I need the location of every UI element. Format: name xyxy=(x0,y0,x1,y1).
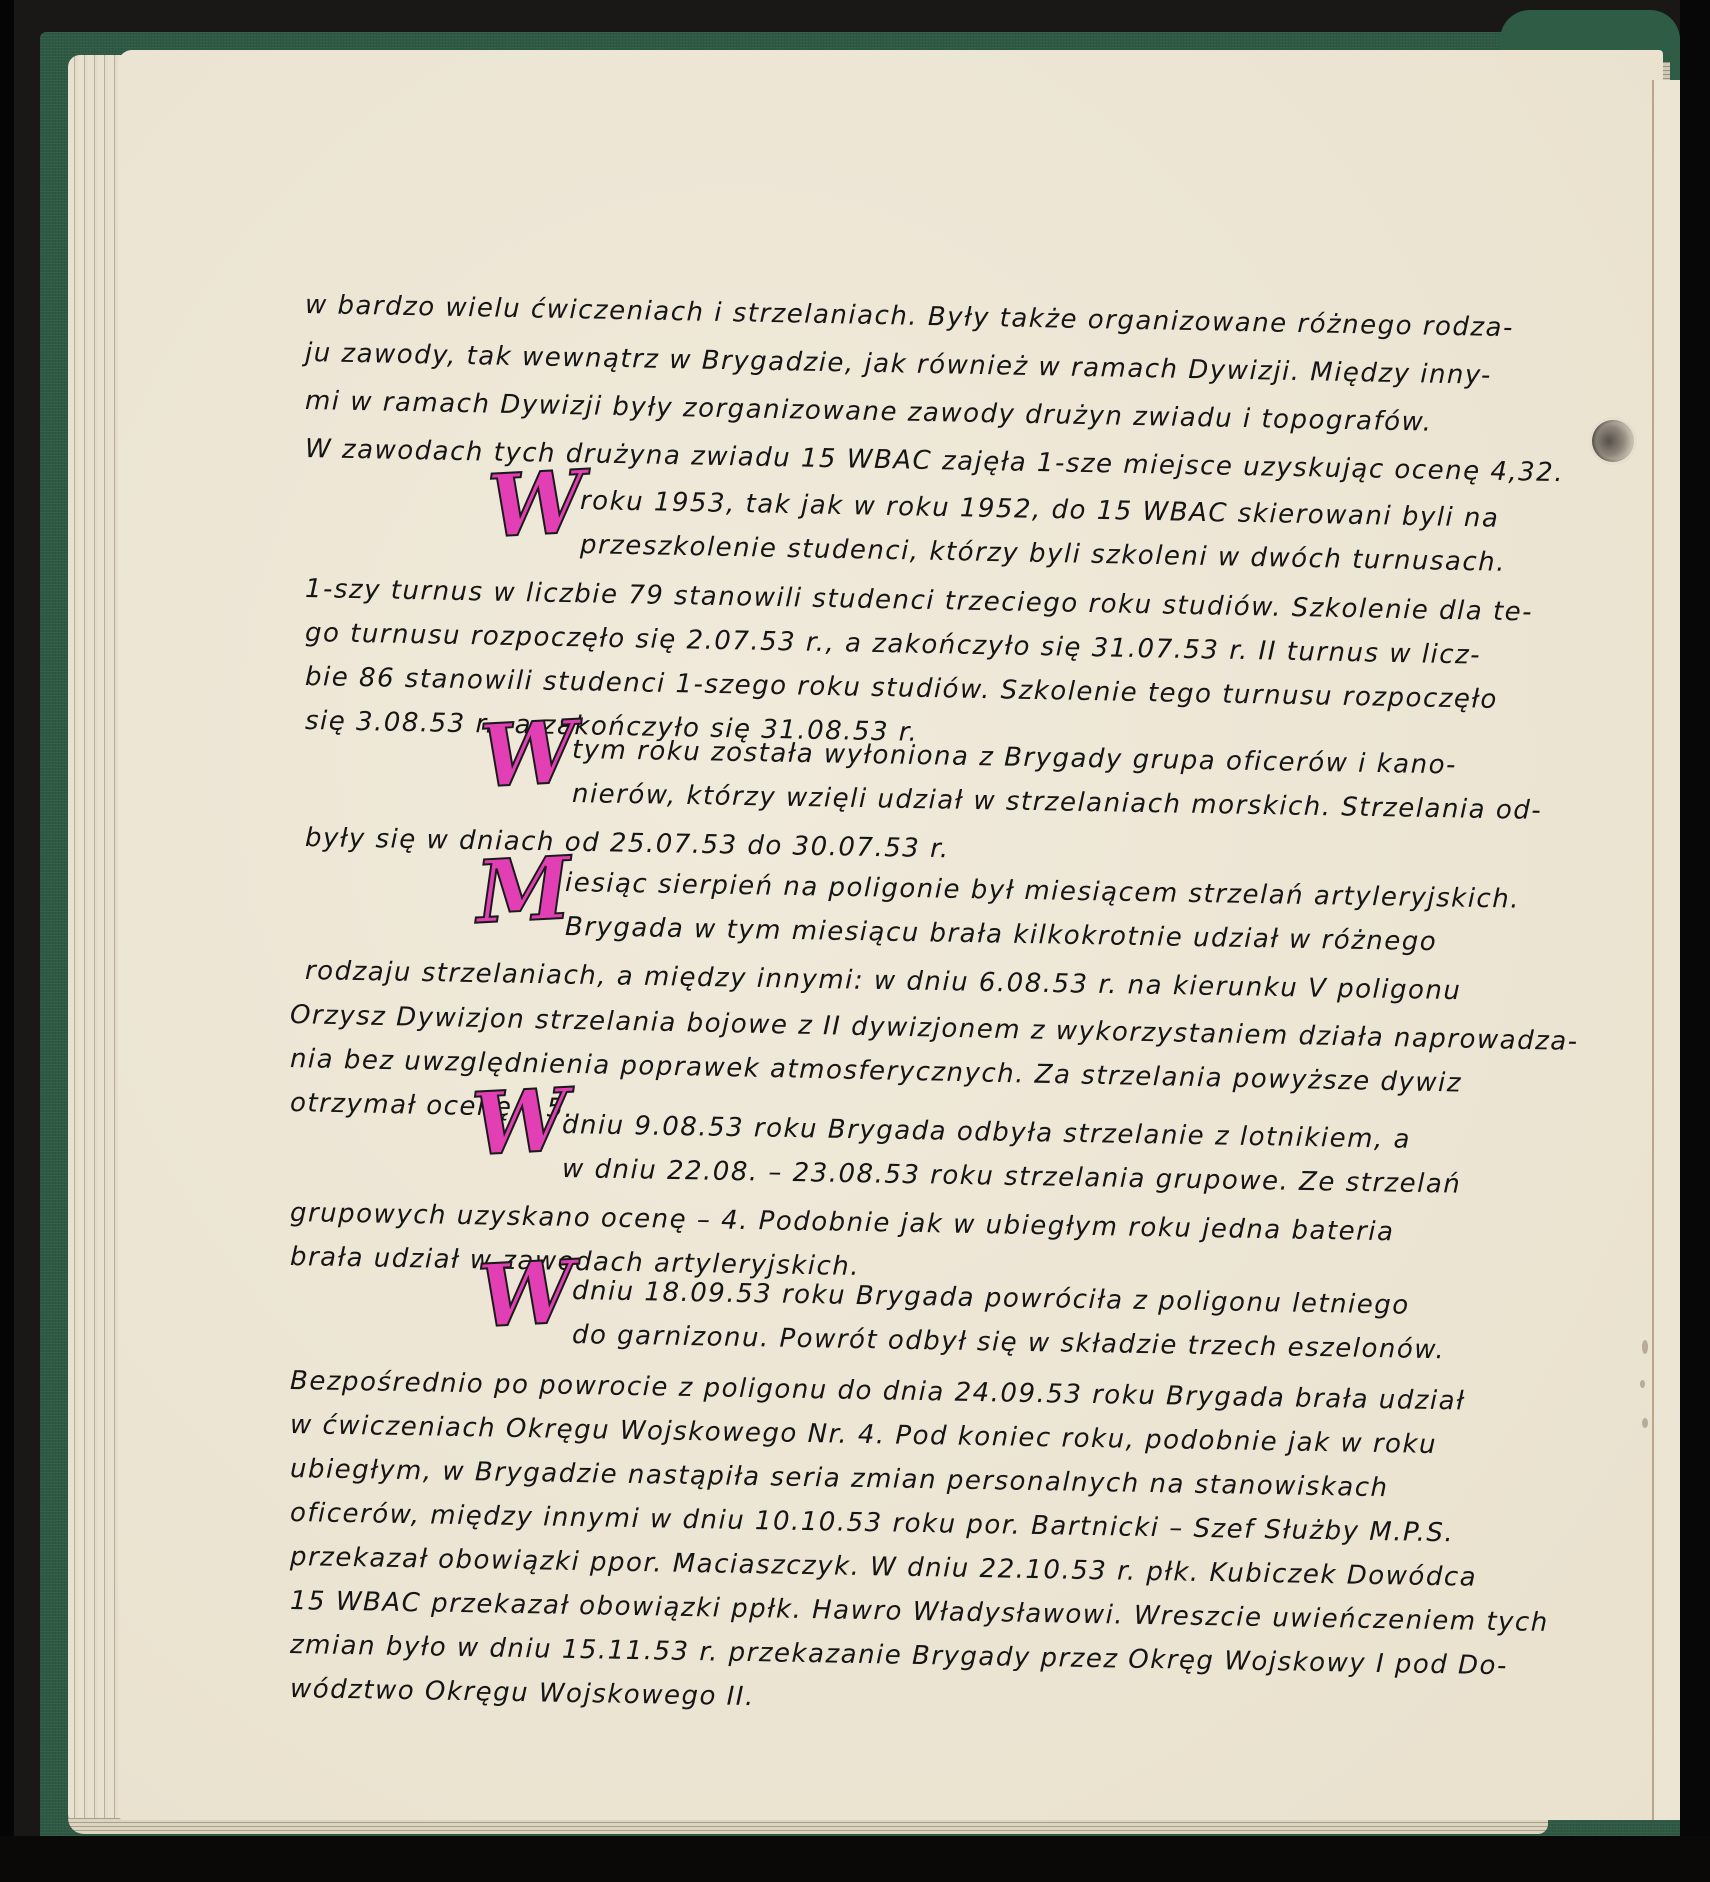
initial-letter-w: W xyxy=(470,1078,571,1169)
scan-border-left xyxy=(0,0,14,1882)
scan-border-right xyxy=(1680,0,1710,1882)
initial-letter-m: M xyxy=(474,846,574,937)
initial-letter-w: W xyxy=(478,710,579,801)
stain-mark xyxy=(1640,1380,1645,1388)
scan-border-bottom xyxy=(0,1836,1710,1882)
stain-mark xyxy=(1642,1418,1648,1428)
initial-letter-w: W xyxy=(486,460,587,551)
adjacent-page-edge xyxy=(1652,80,1682,1820)
initial-letter-w: W xyxy=(476,1250,577,1341)
punch-hole xyxy=(1592,420,1634,462)
page-stack-bottom-edge xyxy=(68,1818,1548,1834)
stain-mark xyxy=(1642,1340,1648,1354)
